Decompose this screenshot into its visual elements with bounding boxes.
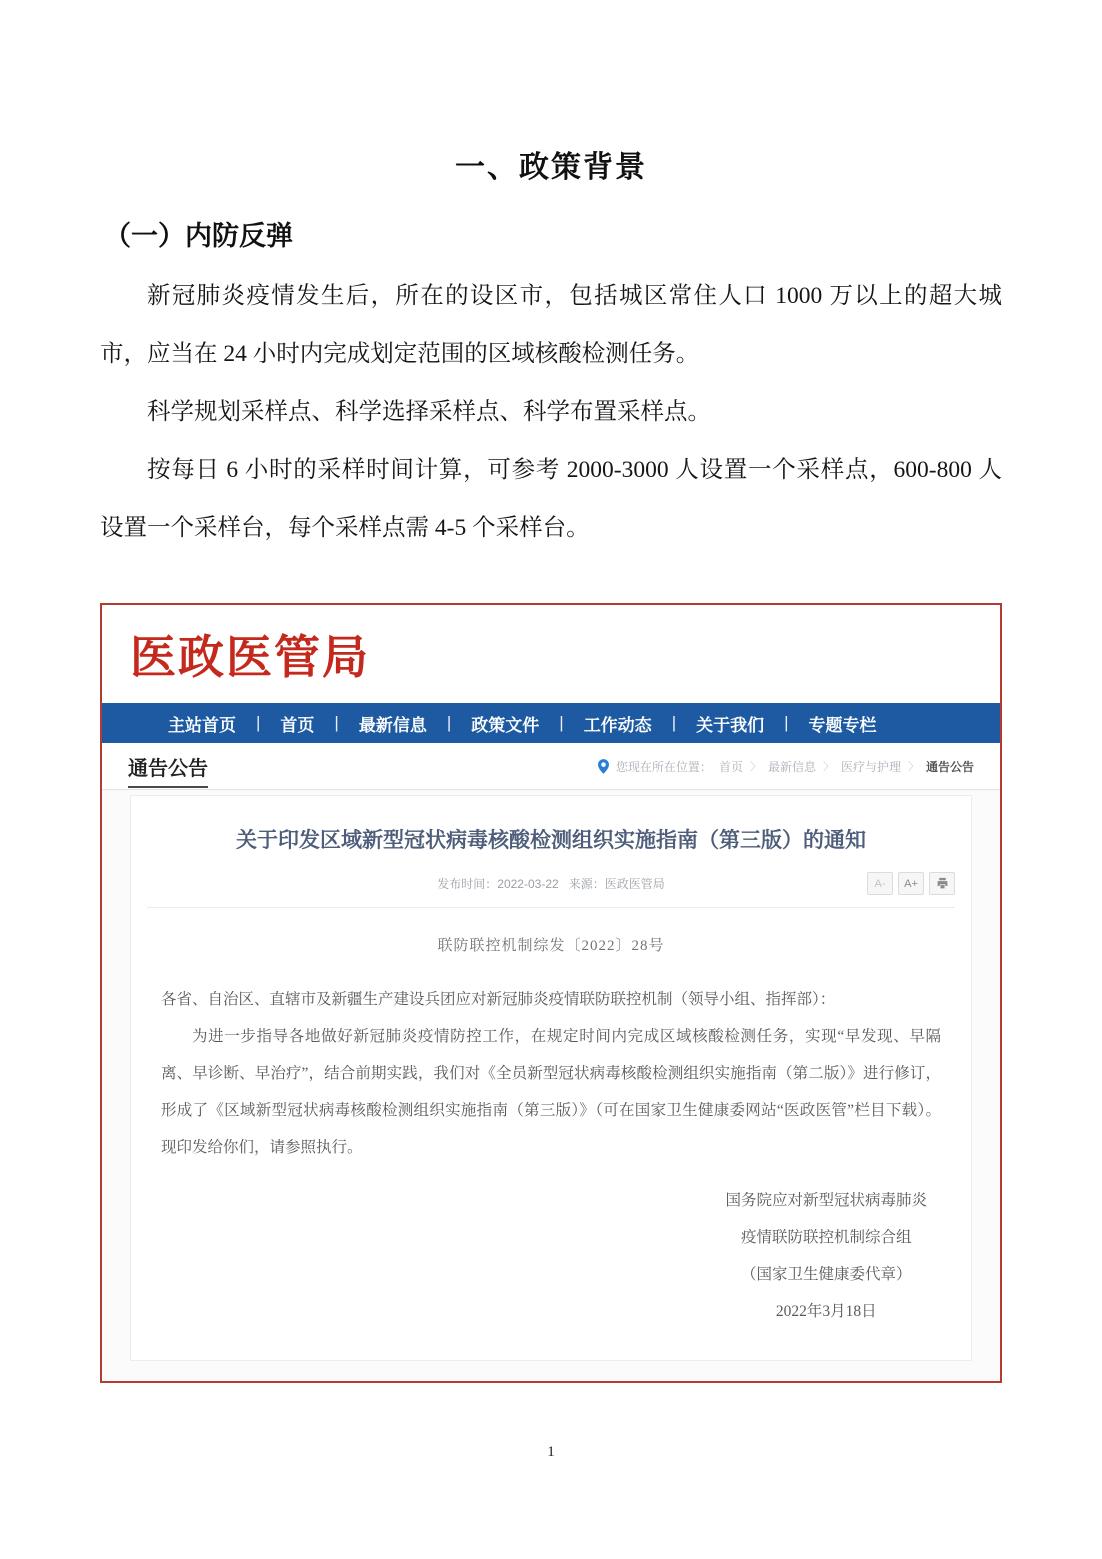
nav-item-special-topics[interactable]: 专题专栏	[789, 711, 897, 736]
article-toolbar: A- A+	[867, 872, 955, 895]
breadcrumb-item-home[interactable]: 首页	[719, 758, 743, 775]
signature-date: 2022年3月18日	[725, 1293, 927, 1330]
nav-item-home[interactable]: 首页	[260, 711, 334, 736]
breadcrumb-bar: 通告公告 您现在所在位置： 首页 〉 最新信息 〉 医疗与护理 〉 通告公告	[102, 743, 1000, 790]
font-larger-button[interactable]: A+	[898, 872, 924, 895]
publish-time-label: 发布时间：	[437, 877, 497, 891]
publish-date: 2022-03-22	[497, 877, 558, 891]
location-pin-icon	[598, 759, 609, 774]
main-navigation: 主站首页 | 首页 | 最新信息 | 政策文件 | 工作动态 | 关于我们 | …	[102, 703, 1000, 743]
article-card: 关于印发区域新型冠状病毒核酸检测组织实施指南（第三版）的通知 发布时间：2022…	[130, 795, 972, 1361]
document-page: 一、政策背景 （一）内防反弹 新冠肺炎疫情发生后，所在的设区市，包括城区常住人口…	[0, 0, 1102, 1559]
breadcrumb-current: 通告公告	[926, 758, 974, 775]
notice-body: 各省、自治区、直辖市及新疆生产建设兵团应对新冠肺炎疫情联防联控机制（领导小组、指…	[131, 981, 971, 1166]
breadcrumb-item-latest-info[interactable]: 最新信息	[768, 758, 816, 775]
section-heading: （一）内防反弹	[104, 214, 1002, 253]
source-value: 医政医管局	[605, 877, 665, 891]
paragraph: 新冠肺炎疫情发生后，所在的设区市，包括城区常住人口 1000 万以上的超大城市，…	[100, 267, 1002, 383]
article-area: 关于印发区域新型冠状病毒核酸检测组织实施指南（第三版）的通知 发布时间：2022…	[102, 790, 1000, 1381]
signature-line: 疫情联防联控机制综合组	[725, 1219, 927, 1256]
notice-paragraph: 为进一步指导各地做好新冠肺炎疫情防控工作，在规定时间内完成区域核酸检测任务，实现…	[161, 1018, 941, 1166]
article-meta: 发布时间：2022-03-22 来源：医政医管局 A- A+	[131, 871, 971, 897]
printer-icon	[936, 877, 949, 890]
notice-salutation: 各省、自治区、直辖市及新疆生产建设兵团应对新冠肺炎疫情联防联控机制（领导小组、指…	[161, 981, 941, 1018]
signature-line: （国家卫生健康委代章）	[725, 1256, 927, 1293]
site-logo[interactable]: 医政医管局	[130, 621, 370, 687]
page-number: 1	[0, 1444, 1102, 1461]
breadcrumb-separator: 〉	[750, 758, 761, 774]
site-header: 医政医管局	[102, 605, 1000, 703]
breadcrumb: 您现在所在位置： 首页 〉 最新信息 〉 医疗与护理 〉 通告公告	[598, 758, 974, 775]
breadcrumb-item-medical-nursing[interactable]: 医疗与护理	[841, 758, 901, 775]
nav-item-work-updates[interactable]: 工作动态	[564, 711, 672, 736]
signature-line: 国务院应对新型冠状病毒肺炎	[725, 1182, 927, 1219]
font-smaller-button[interactable]: A-	[867, 872, 893, 895]
paragraph: 按每日 6 小时的采样时间计算，可参考 2000-3000 人设置一个采样点，6…	[100, 441, 1002, 557]
article-title: 关于印发区域新型冠状病毒核酸检测组织实施指南（第三版）的通知	[131, 796, 971, 856]
nav-item-policy-documents[interactable]: 政策文件	[451, 711, 559, 736]
nav-item-latest-info[interactable]: 最新信息	[339, 711, 447, 736]
signature-lines: 国务院应对新型冠状病毒肺炎 疫情联防联控机制综合组 （国家卫生健康委代章） 20…	[725, 1182, 927, 1330]
breadcrumb-location-label: 您现在所在位置：	[616, 758, 712, 775]
divider	[147, 907, 955, 908]
breadcrumb-separator: 〉	[908, 758, 919, 774]
signature-block: 国务院应对新型冠状病毒肺炎 疫情联防联控机制综合组 （国家卫生健康委代章） 20…	[131, 1182, 971, 1330]
nav-item-home-main[interactable]: 主站首页	[148, 711, 256, 736]
print-button[interactable]	[929, 872, 955, 895]
paragraph: 科学规划采样点、科学选择采样点、科学布置采样点。	[100, 383, 1002, 441]
page-title: 一、政策背景	[100, 142, 1002, 186]
source-label: 来源：	[569, 877, 605, 891]
nav-item-about-us[interactable]: 关于我们	[676, 711, 784, 736]
embedded-website-screenshot: 医政医管局 主站首页 | 首页 | 最新信息 | 政策文件 | 工作动态 | 关…	[100, 603, 1002, 1383]
section-title-notices: 通告公告	[128, 752, 208, 788]
document-number: 联防联控机制综发〔2022〕28号	[131, 934, 971, 955]
body-paragraphs: 新冠肺炎疫情发生后，所在的设区市，包括城区常住人口 1000 万以上的超大城市，…	[100, 267, 1002, 557]
breadcrumb-separator: 〉	[823, 758, 834, 774]
